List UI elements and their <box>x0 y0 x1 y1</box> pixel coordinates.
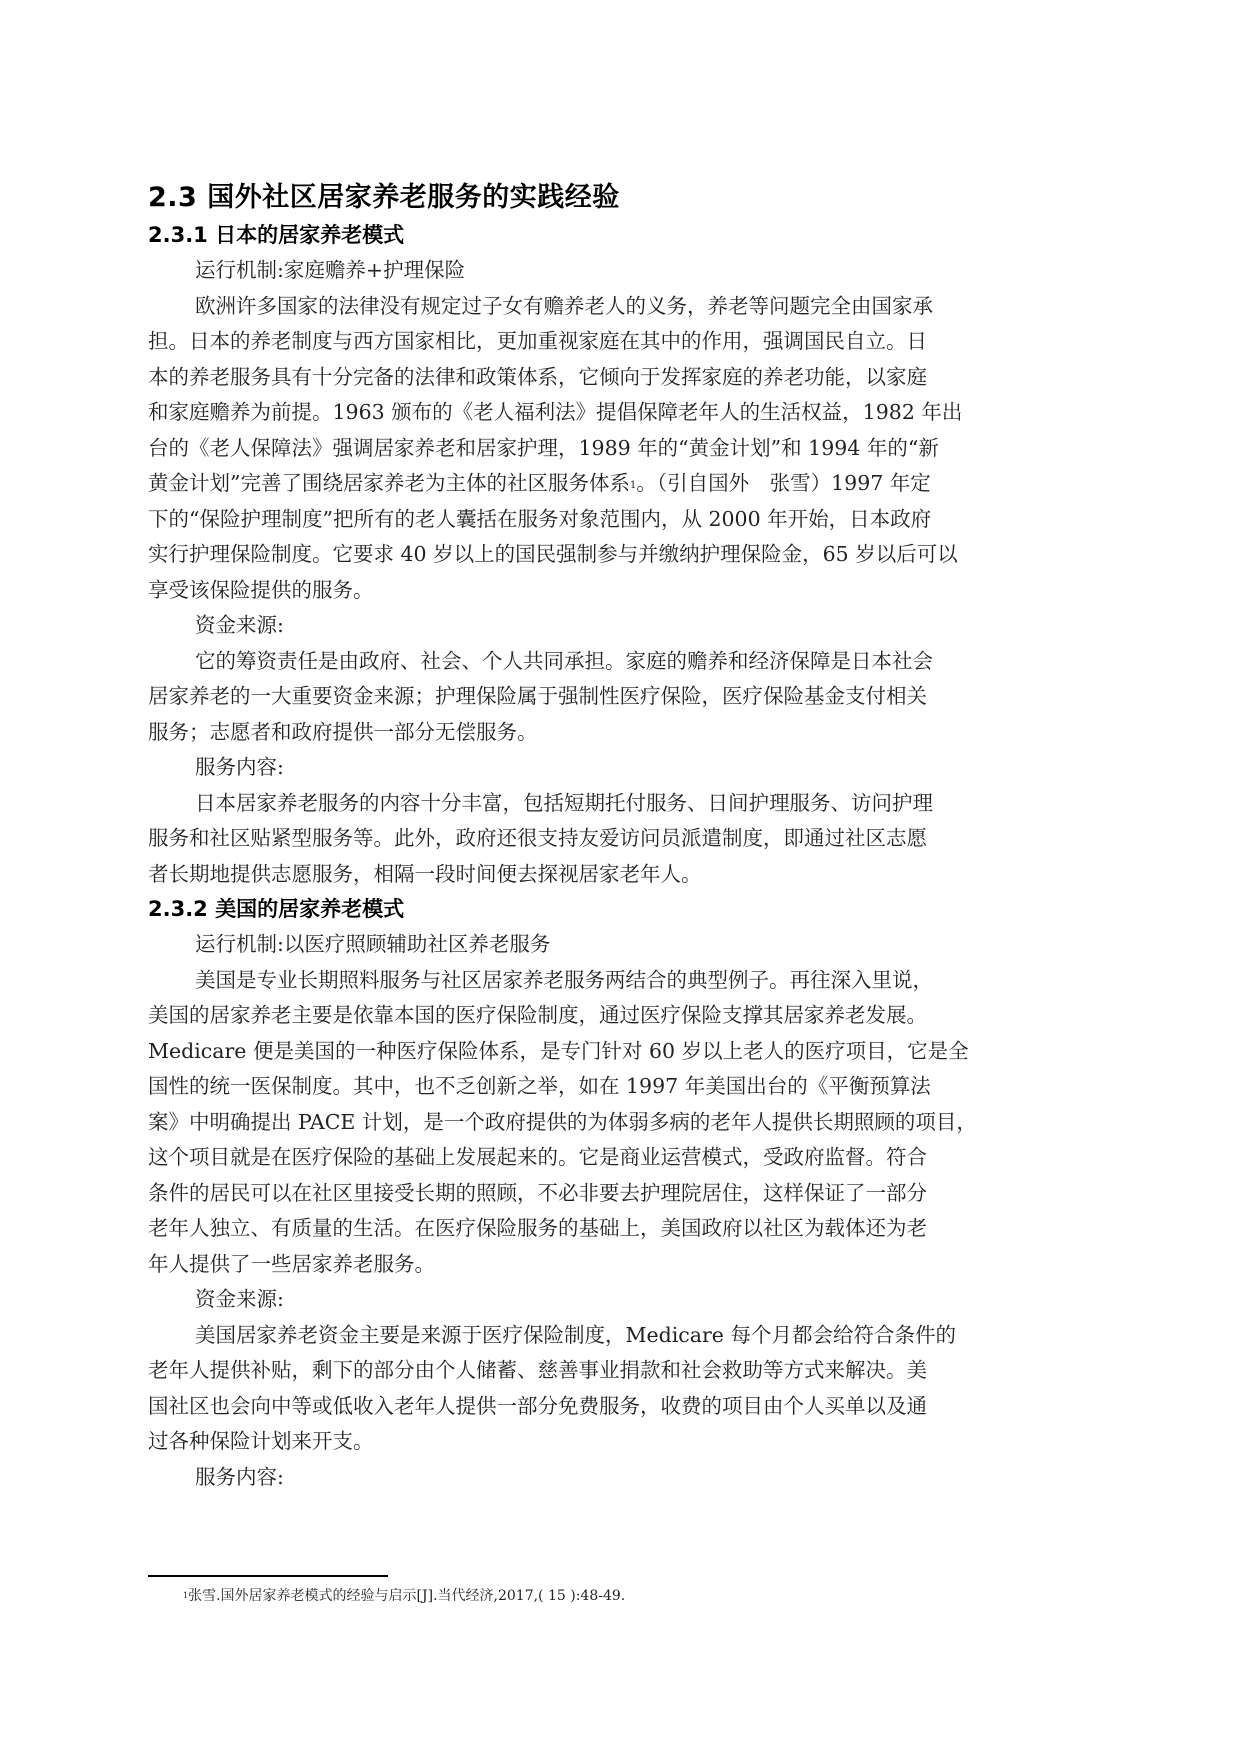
japan-heading: 2.3.1 日本的居家养老模式 <box>148 218 1108 253</box>
usa-mechanism-label: 运行机制:以医疗照顾辅助社区养老服务 <box>148 927 1108 963</box>
usa-heading: 2.3.2 美国的居家养老模式 <box>148 892 1108 927</box>
japan-funding-label: 资金来源: <box>148 608 1108 644</box>
usa-mechanism-line: 条件的居民可以在社区里接受长期的照顾，不必非要去护理院居住，这样保证了一部分 <box>148 1176 1108 1212</box>
usa-mechanism-line: 案》中明确提出 PACE 计划，是一个政府提供的为体弱多病的老年人提供长期照顾的… <box>148 1105 1108 1141</box>
footnote-divider <box>148 1575 388 1577</box>
footnote: 1张雪.国外居家养老模式的经验与启示[J].当代经济,2017,( 15 ):4… <box>183 1586 625 1606</box>
japan-mechanism-line: 和家庭赡养为前提。1963 颁布的《老人福利法》提倡保障老年人的生活权益，198… <box>148 395 1108 431</box>
japan-funding-line: 服务；志愿者和政府提供一部分无偿服务。 <box>148 715 1108 751</box>
japan-mechanism-line: 实行护理保险制度。它要求 40 岁以上的国民强制参与并缴纳护理保险金，65 岁以… <box>148 537 1108 573</box>
japan-services-line: 者长期地提供志愿服务，相隔一段时间便去探视居家老年人。 <box>148 857 1108 893</box>
usa-mechanism-line: 年人提供了一些居家养老服务。 <box>148 1247 1108 1283</box>
japan-funding-line: 它的筹资责任是由政府、社会、个人共同承担。家庭的赡养和经济保障是日本社会 <box>148 644 1108 680</box>
japan-funding-line: 居家养老的一大重要资金来源；护理保险属于强制性医疗保险，医疗保险基金支付相关 <box>148 679 1108 715</box>
usa-funding-line: 国社区也会向中等或低收入老年人提供一部分免费服务，收费的项目由个人买单以及通 <box>148 1389 1108 1425</box>
japan-services-line: 日本居家养老服务的内容十分丰富，包括短期托付服务、日间护理服务、访问护理 <box>148 786 1108 822</box>
section-title: 2.3 国外社区居家养老服务的实践经验 <box>148 178 1108 218</box>
usa-mechanism-line: Medicare 便是美国的一种医疗保险体系，是专门针对 60 岁以上老人的医疗… <box>148 1034 1108 1070</box>
japan-mechanism-label: 运行机制:家庭赡养+护理保险 <box>148 253 1108 289</box>
usa-mechanism-line: 美国是专业长期照料服务与社区居家养老服务两结合的典型例子。再往深入里说， <box>148 963 1108 999</box>
footnote-reference[interactable]: 1 <box>630 480 636 491</box>
japan-mechanism-line: 下的“保险护理制度”把所有的老人囊括在服务对象范围内，从 2000 年开始，日本… <box>148 502 1108 538</box>
japan-mechanism-line: 本的养老服务具有十分完备的法律和政策体系，它倾向于发挥家庭的养老功能，以家庭 <box>148 360 1108 396</box>
usa-mechanism-line: 国性的统一医保制度。其中，也不乏创新之举，如在 1997 年美国出台的《平衡预算… <box>148 1069 1108 1105</box>
japan-services-label: 服务内容: <box>148 750 1108 786</box>
usa-mechanism-line: 老年人独立、有质量的生活。在医疗保险服务的基础上，美国政府以社区为载体还为老 <box>148 1211 1108 1247</box>
usa-funding-line: 过各种保险计划来开支。 <box>148 1424 1108 1460</box>
japan-mechanism-line: 黄金计划”完善了围绕居家养老为主体的社区服务体系1。（引自国外 张雪）1997 … <box>148 466 1108 502</box>
japan-mechanism-line: 台的《老人保障法》强调居家养老和居家护理，1989 年的“黄金计划”和 1994… <box>148 431 1108 467</box>
japan-services-line: 服务和社区贴紧型服务等。此外，政府还很支持友爱访问员派遣制度，即通过社区志愿 <box>148 821 1108 857</box>
usa-mechanism-line: 美国的居家养老主要是依靠本国的医疗保险制度，通过医疗保险支撑其居家养老发展。 <box>148 998 1108 1034</box>
usa-services-label: 服务内容: <box>148 1460 1108 1496</box>
japan-mechanism-line-text: 黄金计划”完善了围绕居家养老为主体的社区服务体系 <box>148 471 630 495</box>
document-page: 2.3 国外社区居家养老服务的实践经验 2.3.1 日本的居家养老模式 运行机制… <box>148 178 1108 1495</box>
footnote-text: 张雪.国外居家养老模式的经验与启示[J].当代经济,2017,( 15 ):48… <box>188 1588 625 1604</box>
usa-funding-label: 资金来源: <box>148 1282 1108 1318</box>
japan-mechanism-line: 欧洲许多国家的法律没有规定过子女有赡养老人的义务，养老等问题完全由国家承 <box>148 289 1108 325</box>
usa-funding-line: 老年人提供补贴，剩下的部分由个人储蓄、慈善事业捐款和社会救助等方式来解决。美 <box>148 1353 1108 1389</box>
usa-mechanism-line: 这个项目就是在医疗保险的基础上发展起来的。它是商业运营模式，受政府监督。符合 <box>148 1140 1108 1176</box>
japan-mechanism-line: 担。日本的养老制度与西方国家相比，更加重视家庭在其中的作用，强调国民自立。日 <box>148 324 1108 360</box>
japan-mechanism-line: 享受该保险提供的服务。 <box>148 573 1108 609</box>
japan-mechanism-line-suffix: 。（引自国外 张雪）1997 年定 <box>636 471 930 495</box>
usa-funding-line: 美国居家养老资金主要是来源于医疗保险制度，Medicare 每个月都会给符合条件… <box>148 1318 1108 1354</box>
